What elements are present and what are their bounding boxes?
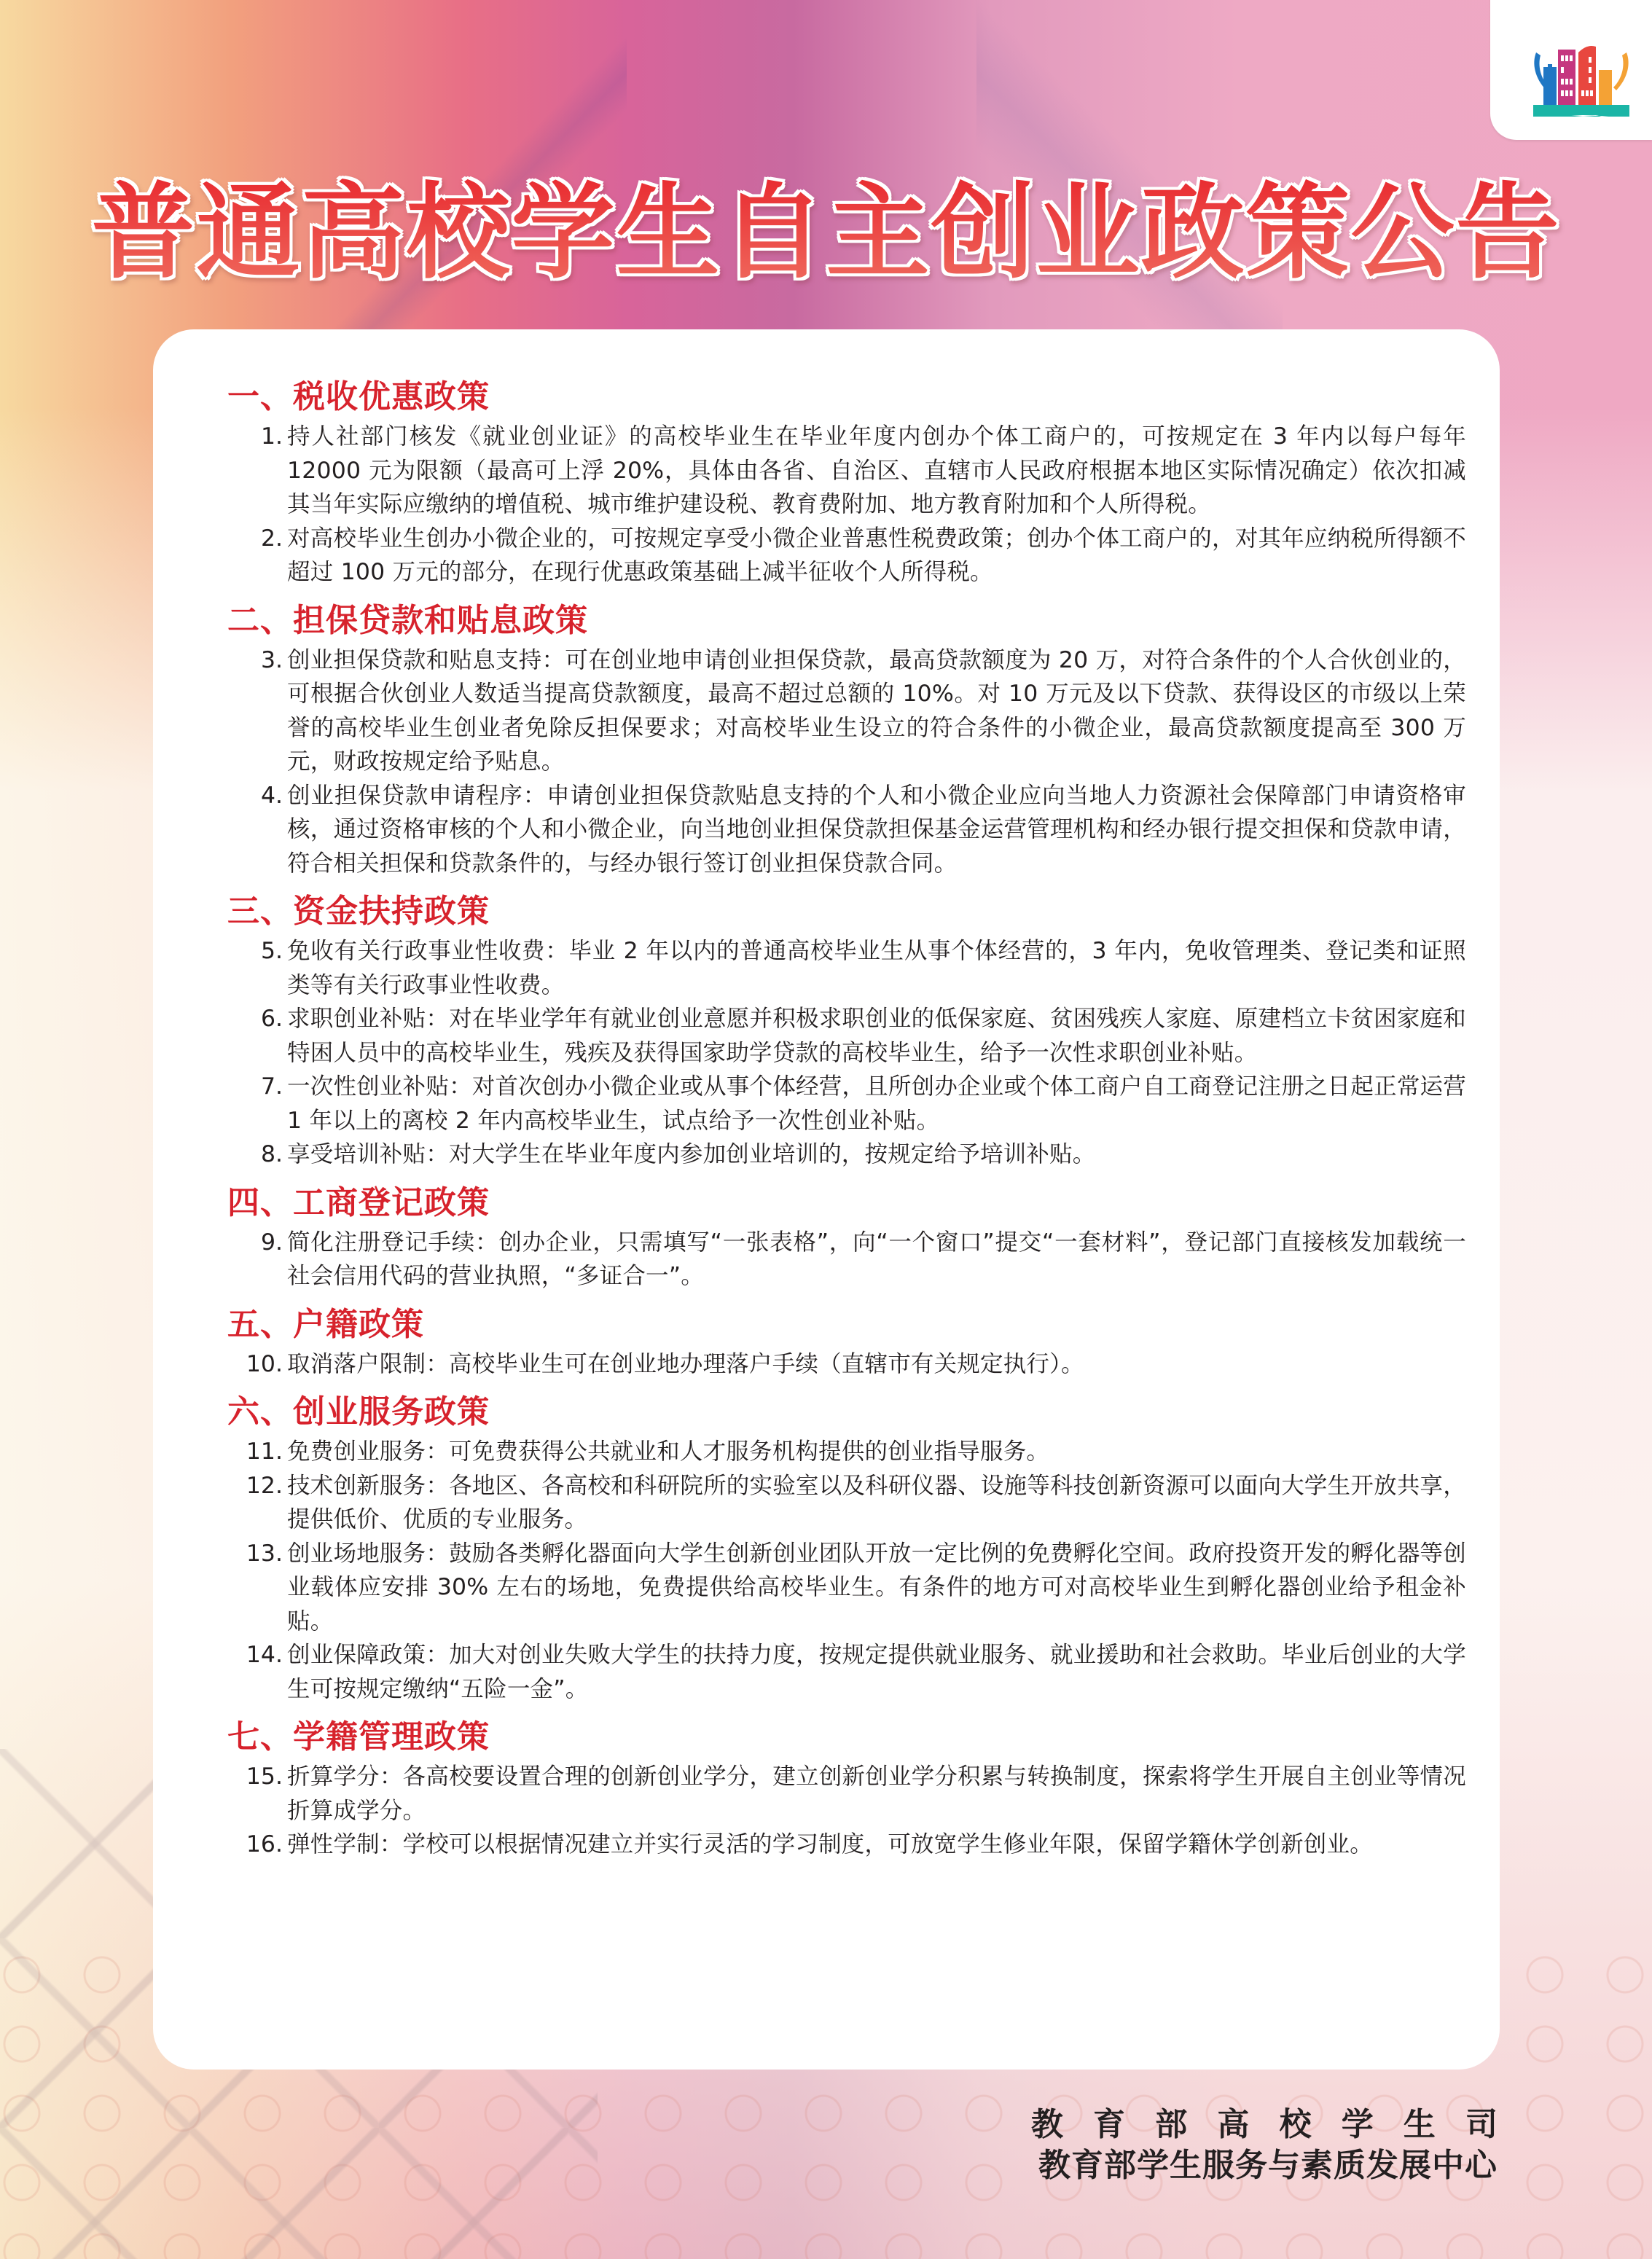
issuer-char: 育	[1093, 2105, 1125, 2145]
item-number: 8.	[227, 1138, 287, 1172]
item-number: 3.	[227, 643, 287, 779]
policy-card: 一、税收优惠政策 1. 持人社部门核发《就业创业证》的高校毕业生在毕业年度内创办…	[153, 329, 1500, 2070]
item-number: 9.	[227, 1226, 287, 1293]
item-text: 折算学分：各高校要设置合理的创新创业学分，建立创新创业学分积累与转换制度，探索将…	[287, 1760, 1466, 1828]
item-text: 创业场地服务：鼓励各类孵化器面向大学生创新创业团队开放一定比例的免费孵化空间。政…	[287, 1537, 1466, 1639]
section-household: 五、户籍政策 10. 取消落户限制：高校毕业生可在创业地办理落户手续（直辖市有关…	[227, 1302, 1466, 1382]
list-item: 10. 取消落户限制：高校毕业生可在创业地办理落户手续（直辖市有关规定执行）。	[227, 1347, 1466, 1382]
list-item: 14. 创业保障政策：加大对创业失败大学生的扶持力度，按规定提供就业服务、就业援…	[227, 1638, 1466, 1706]
item-text: 对高校毕业生创办小微企业的，可按规定享受小微企业普惠性税费政策；创办个体工商户的…	[287, 522, 1466, 590]
issuer-signature: 教 育 部 高 校 学 生 司 教育部学生服务与素质发展中心	[1031, 2105, 1498, 2186]
logo-tab	[1490, 0, 1652, 140]
item-number: 7.	[227, 1070, 287, 1138]
list-item: 11. 免费创业服务：可免费获得公共就业和人才服务机构提供的创业指导服务。	[227, 1435, 1466, 1469]
item-text: 求职创业补贴：对在毕业学年有就业创业意愿并积极求职创业的低保家庭、贫困残疾人家庭…	[287, 1002, 1466, 1070]
item-text: 持人社部门核发《就业创业证》的高校毕业生在毕业年度内创办个体工商户的，可按规定在…	[287, 420, 1466, 522]
section-heading: 六、创业服务政策	[227, 1390, 1466, 1435]
issuer-char: 生	[1404, 2105, 1436, 2145]
issuer-line-2: 教育部学生服务与素质发展中心	[1031, 2145, 1498, 2186]
issuer-char: 学	[1342, 2105, 1374, 2145]
item-number: 4.	[227, 779, 287, 881]
list-item: 13. 创业场地服务：鼓励各类孵化器面向大学生创新创业团队开放一定比例的免费孵化…	[227, 1537, 1466, 1639]
section-heading: 一、税收优惠政策	[227, 375, 1466, 420]
item-number: 15.	[227, 1760, 287, 1828]
city-buildings-logo-icon	[1530, 23, 1632, 117]
section-heading: 七、学籍管理政策	[227, 1715, 1466, 1760]
item-text: 创业担保贷款和贴息支持：可在创业地申请创业担保贷款，最高贷款额度为 20 万，对…	[287, 643, 1466, 779]
section-loan: 二、担保贷款和贴息政策 3. 创业担保贷款和贴息支持：可在创业地申请创业担保贷款…	[227, 598, 1466, 881]
item-number: 10.	[227, 1347, 287, 1382]
item-text: 创业保障政策：加大对创业失败大学生的扶持力度，按规定提供就业服务、就业援助和社会…	[287, 1638, 1466, 1706]
list-item: 2. 对高校毕业生创办小微企业的，可按规定享受小微企业普惠性税费政策；创办个体工…	[227, 522, 1466, 590]
item-number: 12.	[227, 1469, 287, 1537]
page-title: 普通高校学生自主创业政策公告	[0, 164, 1652, 302]
item-number: 1.	[227, 420, 287, 522]
list-item: 15. 折算学分：各高校要设置合理的创新创业学分，建立创新创业学分积累与转换制度…	[227, 1760, 1466, 1828]
item-number: 11.	[227, 1435, 287, 1469]
issuer-line-1: 教 育 部 高 校 学 生 司	[1031, 2105, 1498, 2145]
issuer-char: 高	[1217, 2105, 1249, 2145]
item-text: 免收有关行政事业性收费：毕业 2 年以内的普通高校毕业生从事个体经营的，3 年内…	[287, 934, 1466, 1002]
item-number: 2.	[227, 522, 287, 590]
item-number: 6.	[227, 1002, 287, 1070]
item-number: 14.	[227, 1638, 287, 1706]
issuer-char: 司	[1465, 2105, 1498, 2145]
list-item: 6. 求职创业补贴：对在毕业学年有就业创业意愿并积极求职创业的低保家庭、贫困残疾…	[227, 1002, 1466, 1070]
section-heading: 三、资金扶持政策	[227, 889, 1466, 934]
item-text: 免费创业服务：可免费获得公共就业和人才服务机构提供的创业指导服务。	[287, 1435, 1466, 1469]
item-text: 技术创新服务：各地区、各高校和科研院所的实验室以及科研仪器、设施等科技创新资源可…	[287, 1469, 1466, 1537]
item-text: 创业担保贷款申请程序：申请创业担保贷款贴息支持的个人和小微企业应向当地人力资源社…	[287, 779, 1466, 881]
item-text: 取消落户限制：高校毕业生可在创业地办理落户手续（直辖市有关规定执行）。	[287, 1347, 1466, 1382]
section-heading: 二、担保贷款和贴息政策	[227, 598, 1466, 643]
item-number: 13.	[227, 1537, 287, 1639]
item-text: 简化注册登记手续：创办企业，只需填写“一张表格”，向“一个窗口”提交“一套材料”…	[287, 1226, 1466, 1293]
list-item: 3. 创业担保贷款和贴息支持：可在创业地申请创业担保贷款，最高贷款额度为 20 …	[227, 643, 1466, 779]
issuer-char: 教	[1031, 2105, 1063, 2145]
list-item: 1. 持人社部门核发《就业创业证》的高校毕业生在毕业年度内创办个体工商户的，可按…	[227, 420, 1466, 522]
item-text: 一次性创业补贴：对首次创办小微企业或从事个体经营，且所创办企业或个体工商户自工商…	[287, 1070, 1466, 1138]
section-registration: 四、工商登记政策 9. 简化注册登记手续：创办企业，只需填写“一张表格”，向“一…	[227, 1181, 1466, 1293]
list-item: 4. 创业担保贷款申请程序：申请创业担保贷款贴息支持的个人和小微企业应向当地人力…	[227, 779, 1466, 881]
issuer-char: 部	[1155, 2105, 1187, 2145]
list-item: 7. 一次性创业补贴：对首次创办小微企业或从事个体经营，且所创办企业或个体工商户…	[227, 1070, 1466, 1138]
list-item: 16. 弹性学制：学校可以根据情况建立并实行灵活的学习制度，可放宽学生修业年限，…	[227, 1828, 1466, 1862]
list-item: 8. 享受培训补贴：对大学生在毕业年度内参加创业培训的，按规定给予培训补贴。	[227, 1138, 1466, 1172]
list-item: 5. 免收有关行政事业性收费：毕业 2 年以内的普通高校毕业生从事个体经营的，3…	[227, 934, 1466, 1002]
section-tax: 一、税收优惠政策 1. 持人社部门核发《就业创业证》的高校毕业生在毕业年度内创办…	[227, 375, 1466, 590]
list-item: 9. 简化注册登记手续：创办企业，只需填写“一张表格”，向“一个窗口”提交“一套…	[227, 1226, 1466, 1293]
section-services: 六、创业服务政策 11. 免费创业服务：可免费获得公共就业和人才服务机构提供的创…	[227, 1390, 1466, 1706]
item-number: 5.	[227, 934, 287, 1002]
section-funding: 三、资金扶持政策 5. 免收有关行政事业性收费：毕业 2 年以内的普通高校毕业生…	[227, 889, 1466, 1172]
item-text: 享受培训补贴：对大学生在毕业年度内参加创业培训的，按规定给予培训补贴。	[287, 1138, 1466, 1172]
section-academic: 七、学籍管理政策 15. 折算学分：各高校要设置合理的创新创业学分，建立创新创业…	[227, 1715, 1466, 1862]
item-text: 弹性学制：学校可以根据情况建立并实行灵活的学习制度，可放宽学生修业年限，保留学籍…	[287, 1828, 1466, 1862]
section-heading: 五、户籍政策	[227, 1302, 1466, 1347]
section-heading: 四、工商登记政策	[227, 1181, 1466, 1226]
item-number: 16.	[227, 1828, 287, 1862]
issuer-char: 校	[1280, 2105, 1312, 2145]
list-item: 12. 技术创新服务：各地区、各高校和科研院所的实验室以及科研仪器、设施等科技创…	[227, 1469, 1466, 1537]
